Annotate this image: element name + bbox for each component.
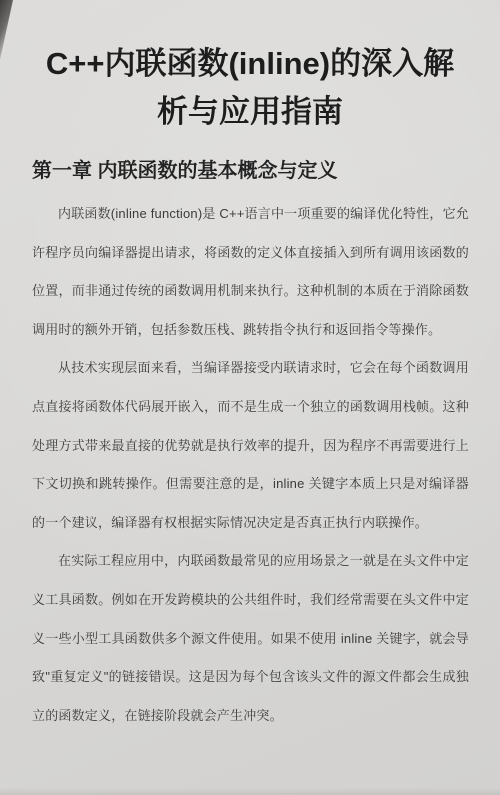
document-title: C++内联函数(inline)的深入解析与应用指南	[40, 40, 460, 136]
paragraph: 在实际工程应用中，内联函数最常见的应用场景之一就是在头文件中定义工具函数。例如在…	[32, 542, 469, 735]
document-body: 内联函数(inline function)是 C++语言中一项重要的编译优化特性…	[32, 195, 469, 735]
photo-corner-shadow	[0, 0, 13, 60]
paragraph: 从技术实现层面来看，当编译器接受内联请求时，它会在每个函数调用点直接将函数体代码…	[32, 349, 469, 542]
paragraph: 内联函数(inline function)是 C++语言中一项重要的编译优化特性…	[32, 195, 469, 349]
chapter-heading: 第一章 内联函数的基本概念与定义	[32, 158, 468, 185]
page-bottom-shade	[0, 788, 500, 795]
document-page: C++内联函数(inline)的深入解析与应用指南 第一章 内联函数的基本概念与…	[0, 0, 500, 795]
